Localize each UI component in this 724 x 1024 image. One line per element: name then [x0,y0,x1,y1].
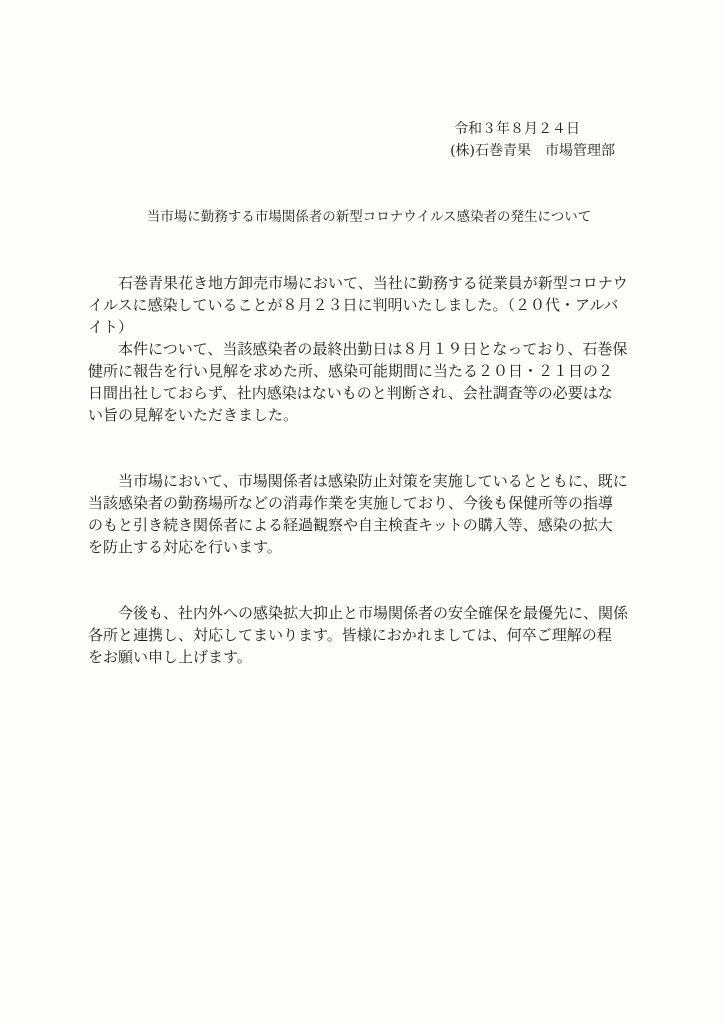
paragraph-infection-announcement: 石巻青果花き地方卸売市場において、当社に勤務する従業員が新型コロナウイルスに感染… [88,272,650,338]
text-line: イト） [88,316,650,338]
text-line: を防止する対応を行います。 [88,536,650,558]
text-line: 今後も、社内外への感染拡大抑止と市場関係者の安全確保を最優先に、関係 [88,602,650,624]
text-line: 健所に報告を行い見解を求めた所、感染可能期間に当たる２０日・２１日の２ [88,360,650,382]
text-line: のもと引き続き関係者による経過観察や自主検査キットの購入等、感染の拡大 [88,514,650,536]
text-line: 当市場において、市場関係者は感染防止対策を実施しているとともに、既に [88,470,650,492]
text-line: 当該感染者の勤務場所などの消毒作業を実施しており、今後も保健所等の指導 [88,492,650,514]
text-line: 各所と連携し、対応してまいります。皆様におかれましては、何卒ご理解の程 [88,624,650,646]
paragraph-prevention-measures: 当市場において、市場関係者は感染防止対策を実施しているとともに、既に当該感染者の… [88,470,650,558]
document-header: 令和３年８月２４日 (株)石巻青果 市場管理部 [88,118,650,162]
document-sender: (株)石巻青果 市場管理部 [88,140,650,162]
paragraph-health-office-assessment: 本件について、当該感染者の最終出勤日は８月１９日となっており、石巻保健所に報告を… [88,338,650,426]
document-page: 令和３年８月２４日 (株)石巻青果 市場管理部 当市場に勤務する市場関係者の新型… [0,0,724,1024]
text-line: イルスに感染していることが８月２３日に判明いたしました。（２０代・アルバ [88,294,650,316]
paragraph-closing-remarks: 今後も、社内外への感染拡大抑止と市場関係者の安全確保を最優先に、関係各所と連携し… [88,602,650,668]
document-date: 令和３年８月２４日 [88,118,650,140]
text-line: い旨の見解をいただきました。 [88,404,650,426]
text-line: をお願い申し上げます。 [88,646,650,668]
text-line: 石巻青果花き地方卸売市場において、当社に勤務する従業員が新型コロナウ [88,272,650,294]
text-line: 本件について、当該感染者の最終出勤日は８月１９日となっており、石巻保 [88,338,650,360]
text-line: 日間出社しておらず、社内感染はないものと判断され、会社調査等の必要はな [88,382,650,404]
document-content: 令和３年８月２４日 (株)石巻青果 市場管理部 当市場に勤務する市場関係者の新型… [88,0,650,668]
document-title: 当市場に勤務する市場関係者の新型コロナウイルス感染者の発生について [88,206,650,228]
